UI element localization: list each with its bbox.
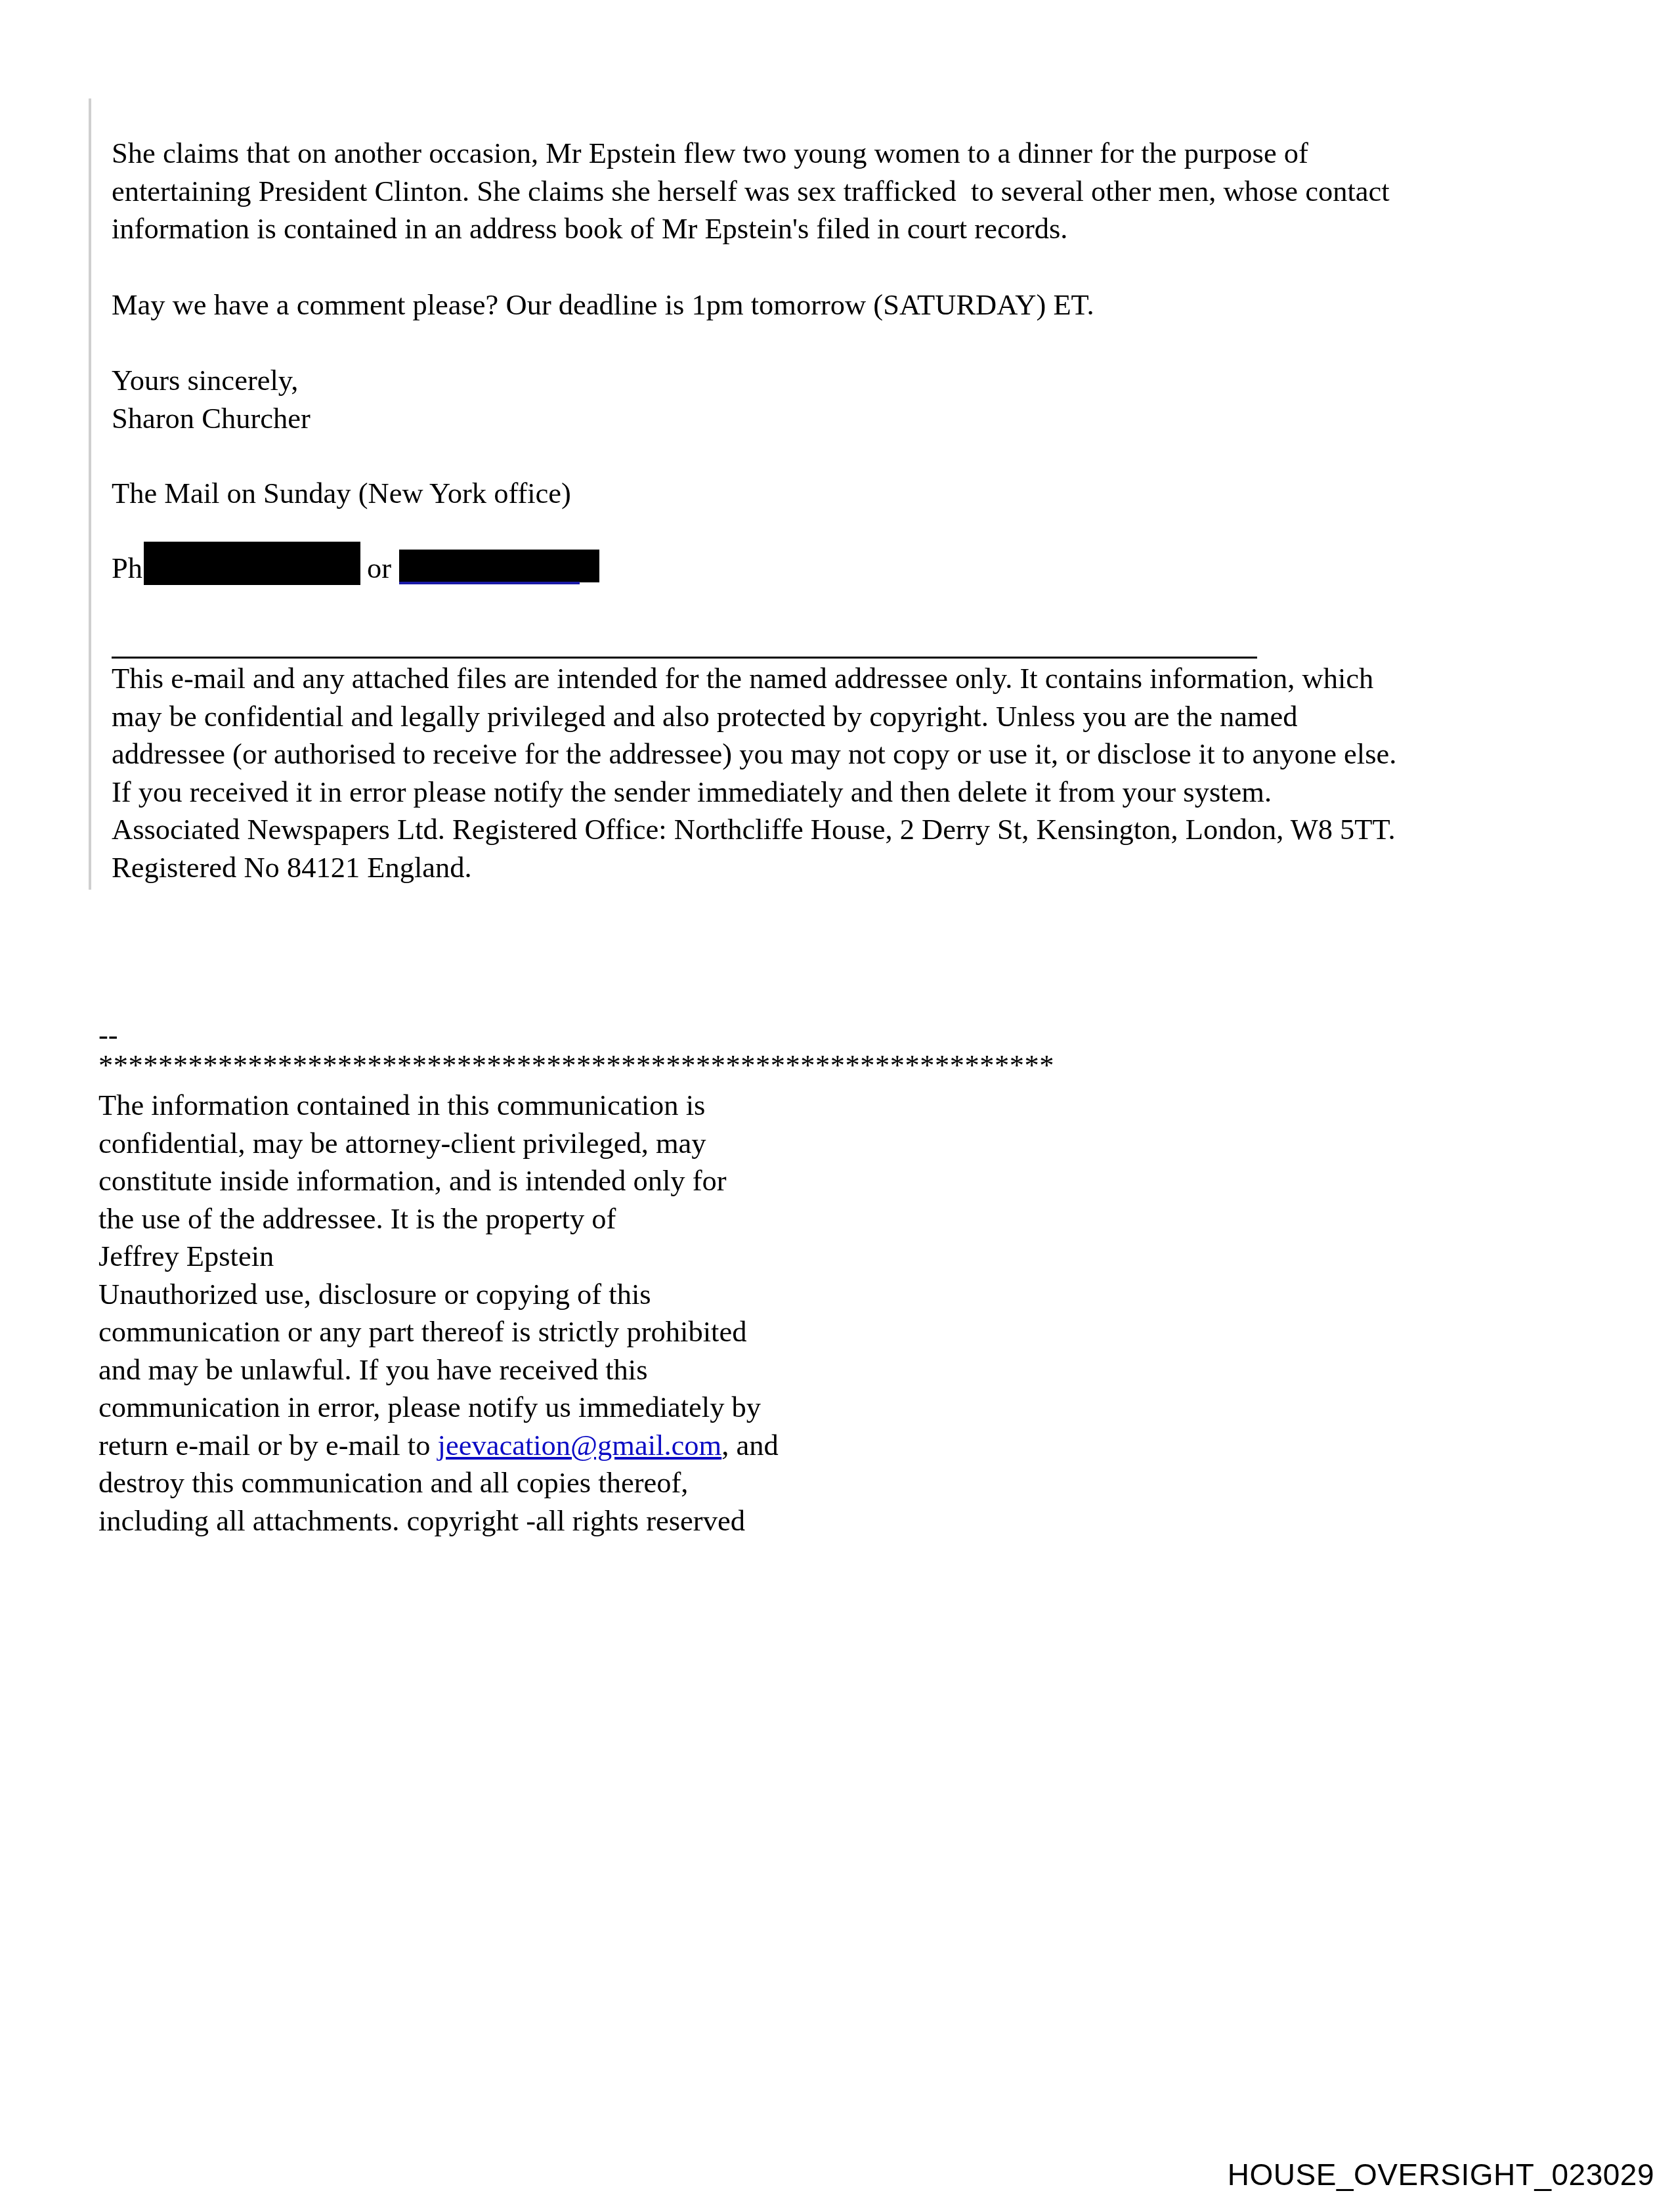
redaction-box-email-link [399,550,599,582]
text-line: She claims that on another occasion, Mr … [112,137,1308,169]
text-line: constitute inside information, and is in… [98,1164,727,1197]
link-line-suffix: , and [721,1429,779,1462]
contact-line: Phor [112,550,599,588]
email-link[interactable]: jeevacation@gmail.com [438,1429,722,1462]
text-line: and may be unlawful. If you have receive… [98,1353,648,1386]
quoted-reply-border [89,98,91,890]
text-line: If you received it in error please notif… [112,775,1272,808]
redaction-box-phone [144,542,360,585]
closing-salutation: Yours sincerely, [112,364,298,397]
sender-organization: The Mail on Sunday (New York office) [112,475,571,513]
text-line: destroy this communication and all copie… [98,1466,688,1499]
text-line: may be confidential and legally privileg… [112,700,1298,733]
link-line-prefix: return e-mail or by e-mail to [98,1429,438,1462]
text-line: confidential, may be attorney-client pri… [98,1127,706,1160]
bates-number: HOUSE_OVERSIGHT_023029 [1228,2157,1654,2192]
text-line: communication in error, please notify us… [98,1391,761,1423]
confidentiality-notice: The information contained in this commun… [98,1087,779,1540]
text-line: Associated Newspapers Ltd. Registered Of… [112,813,1396,846]
sender-disclaimer: This e-mail and any attached files are i… [112,660,1396,886]
text-line: This e-mail and any attached files are i… [112,662,1373,695]
text-line: entertaining President Clinton. She clai… [112,175,1390,207]
text-line: addressee (or authorised to receive for … [112,737,1396,770]
text-line: Registered No 84121 England. [112,851,472,884]
text-line: the use of the addressee. It is the prop… [98,1202,616,1235]
text-line: including all attachments. copyright -al… [98,1504,745,1537]
closing-signoff: Yours sincerely, Sharon Churcher [112,362,311,437]
disclaimer-divider [112,657,1257,659]
phone-separator: or [367,552,391,584]
text-line: Unauthorized use, disclosure or copying … [98,1278,651,1311]
text-line: information is contained in an address b… [112,212,1067,245]
text-line: The information contained in this commun… [98,1089,705,1121]
sender-name: Sharon Churcher [112,402,311,435]
signature-star-divider: ****************************************… [98,1047,1054,1085]
body-paragraph-allegation: She claims that on another occasion, Mr … [112,135,1390,248]
text-line: Jeffrey Epstein [98,1240,274,1272]
body-paragraph-request: May we have a comment please? Our deadli… [112,286,1094,324]
phone-prefix: Ph [112,552,142,584]
text-line: communication or any part thereof is str… [98,1315,746,1348]
